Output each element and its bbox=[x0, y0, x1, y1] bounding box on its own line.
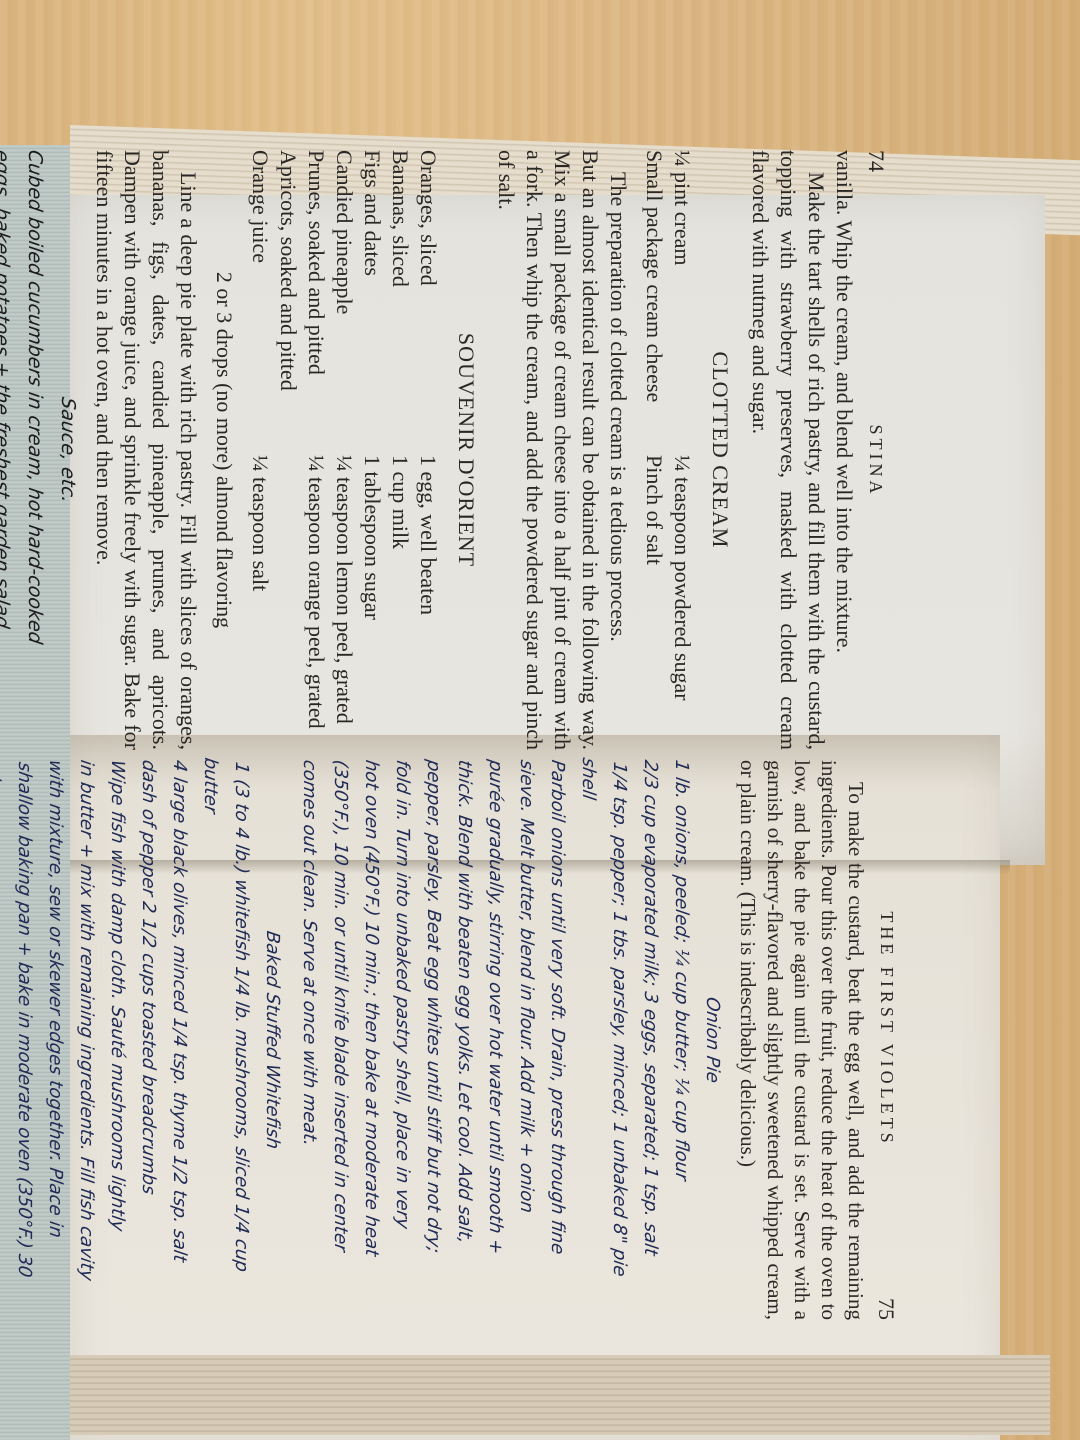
handwritten-note-line: eggs, baked potatoes + the freshest gard… bbox=[0, 148, 18, 753]
ingredient: ¼ teaspoon lemon peel, grated bbox=[330, 455, 358, 750]
ingredient: Candied pineapple bbox=[330, 150, 358, 445]
recipe-title-clotted-cream: CLOTTED CREAM bbox=[706, 150, 734, 750]
running-head-title: STINA bbox=[862, 425, 890, 498]
ingredient: 1 egg, well beaten bbox=[414, 455, 442, 750]
handwritten-line: 1/4 tsp. pepper; 1 tbs. parsley, minced;… bbox=[573, 756, 635, 1325]
handwritten-line: shallow baking pan + bake in moderate ov… bbox=[0, 756, 40, 1325]
running-head-left: 74 STINA bbox=[862, 150, 890, 750]
handwritten-line: fold in. Turn into unbaked pastry shell,… bbox=[387, 758, 418, 1322]
ingredient bbox=[274, 455, 302, 750]
handwritten-line: (350°F.), 10 min. or until knife blade i… bbox=[325, 758, 356, 1322]
handwritten-line: sieve. Melt butter, blend in flour. Add … bbox=[511, 758, 542, 1322]
ingredient: ¼ teaspoon powdered sugar bbox=[668, 455, 696, 750]
handwritten-line: in butter + mix with remaining ingredien… bbox=[71, 758, 102, 1322]
recipe-paragraph: The preparation of clotted cream is a te… bbox=[604, 150, 632, 750]
ingredient: ¼ teaspoon salt bbox=[246, 455, 274, 750]
ingredient: 1 tablespoon sugar bbox=[358, 455, 386, 750]
ingredient: Pinch of salt bbox=[640, 455, 668, 750]
right-page-text: THE FIRST VIOLETS 75 To make the custard… bbox=[0, 760, 900, 1320]
ingredient: Figs and dates bbox=[358, 150, 386, 445]
handwritten-line: Parboil onions until very soft. Drain, p… bbox=[542, 758, 573, 1322]
left-page-text: 74 STINA vanilla. Whip the cream, and bl… bbox=[0, 150, 890, 750]
ingredient-footer: 2 or 3 drops (no more) almond flavoring bbox=[210, 150, 238, 750]
handwritten-line: with mixture, sew or skewer edges togeth… bbox=[40, 758, 71, 1322]
handwritten-recipe-title: Baked Stuffed Whitefish bbox=[257, 758, 288, 1322]
ingredient: 1 cup milk bbox=[386, 455, 414, 750]
ingredient: Apricots, soaked and pitted bbox=[274, 150, 302, 445]
ingredient: ¼ pint cream bbox=[668, 150, 696, 445]
handwritten-line: 4 large black olives, minced 1/4 tsp. th… bbox=[164, 758, 195, 1322]
recipe-paragraph: But an almost identical result can be ob… bbox=[492, 150, 604, 750]
ingredient: ¼ teaspoon orange peel, grated bbox=[302, 455, 330, 750]
ingredients-clotted-cream: ¼ pint cream ¼ teaspoon powdered sugar S… bbox=[640, 150, 696, 750]
handwritten-line: 2/3 cup evaporated milk; 3 eggs, separat… bbox=[635, 758, 666, 1322]
handwritten-line: Wipe fish with damp cloth. Sauté mushroo… bbox=[102, 758, 133, 1322]
recipe-paragraph: Line a deep pie plate with rich pastry. … bbox=[90, 150, 202, 750]
handwritten-note-line: Cubed boiled cucumbers in cream, hot har… bbox=[18, 148, 51, 753]
handwritten-line: dash of pepper 2 1/2 cups toasted breadc… bbox=[133, 758, 164, 1322]
page-number: 75 bbox=[873, 1298, 900, 1320]
page-number: 74 bbox=[862, 150, 890, 172]
continuation-paragraph: To make the custard, beat the egg well, … bbox=[734, 760, 869, 1320]
ingredient: Small package cream cheese bbox=[640, 150, 668, 445]
ingredient: Prunes, soaked and pitted bbox=[302, 150, 330, 445]
handwritten-recipe-title: Onion Pie bbox=[697, 758, 728, 1322]
handwritten-line: 1 lb. onions, peeled; ¼ cup butter; ¼ cu… bbox=[666, 758, 697, 1322]
running-head-right: THE FIRST VIOLETS 75 bbox=[873, 760, 900, 1320]
handwritten-note-title: Sauce, etc. bbox=[51, 148, 84, 753]
handwritten-line: comes out clean. Serve at once with meat… bbox=[294, 758, 325, 1322]
continuation-paragraph: Make the tart shells of rich pastry, and… bbox=[746, 150, 830, 750]
handwritten-line: purée gradually, stirring over hot water… bbox=[480, 758, 511, 1322]
handwritten-line: 1 (3 to 4 lb.) whitefish 1/4 lb. mushroo… bbox=[195, 756, 257, 1325]
ingredient: Orange juice bbox=[246, 150, 274, 445]
ingredient: Bananas, sliced bbox=[386, 150, 414, 445]
recipe-title-souvenir-dorient: SOUVENIR D'ORIENT bbox=[452, 150, 480, 750]
ingredients-souvenir-dorient: Oranges, sliced 1 egg, well beaten Banan… bbox=[246, 150, 442, 750]
handwritten-line: pepper, parsley. Beat egg whites until s… bbox=[418, 758, 449, 1322]
continuation-line: vanilla. Whip the cream, and blend well … bbox=[830, 150, 858, 750]
handwritten-line: hot oven (450°F.) 10 min.; then bake at … bbox=[356, 758, 387, 1322]
running-head-title: THE FIRST VIOLETS bbox=[873, 911, 900, 1146]
page-edges-bottom bbox=[70, 1355, 1050, 1435]
ingredient: Oranges, sliced bbox=[414, 150, 442, 445]
handwritten-line: thick. Blend with beaten egg yolks. Let … bbox=[449, 758, 480, 1322]
